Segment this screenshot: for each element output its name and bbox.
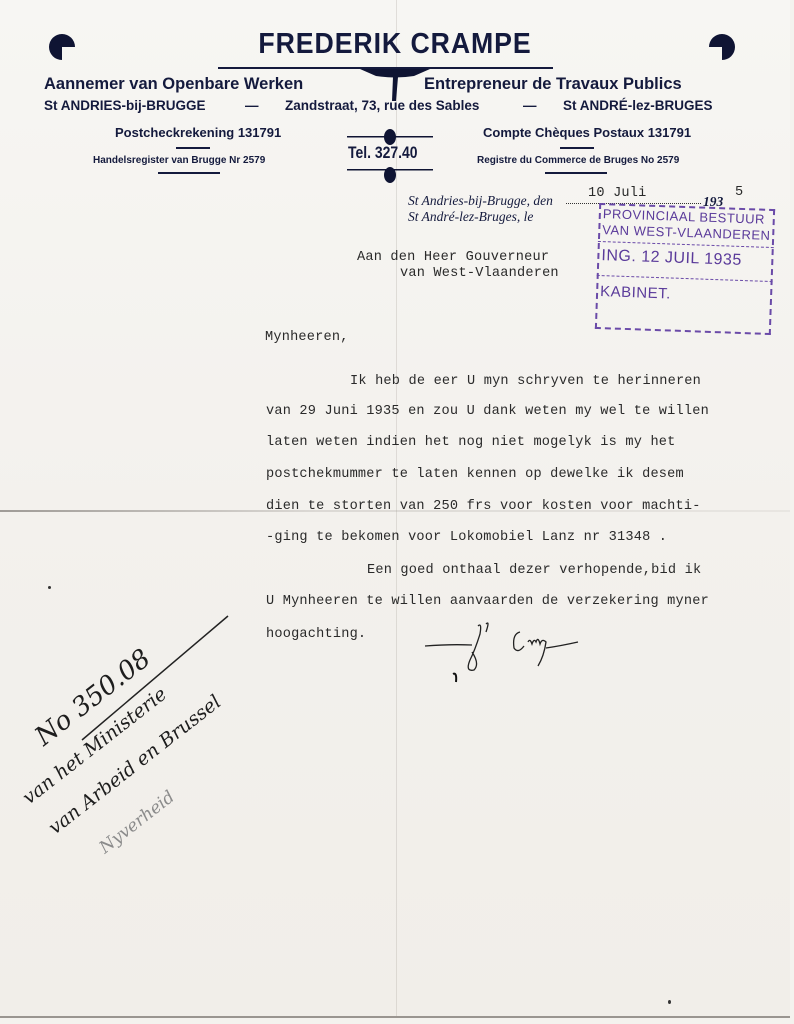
place-dutch: St Andries-bij-Brugge, den [408, 193, 553, 209]
postcheck-account-french: Compte Chèques Postaux 131791 [483, 125, 691, 140]
divider [560, 147, 594, 149]
location-french: St ANDRÉ-lez-BRUGES [563, 98, 713, 113]
divider [545, 172, 607, 174]
letter-paper: FREDERIK CRAMPE Aannemer van Openbare We… [0, 0, 790, 1018]
paper-edge [0, 1016, 790, 1018]
salutation: Mynheeren, [265, 330, 349, 345]
received-stamp: PROVINCIAAL BESTUUR VAN WEST-VLAANDEREN … [595, 203, 775, 335]
body-line: laten weten indien het nog niet mogelyk … [266, 435, 676, 450]
trade-register-french: Registre du Commerce de Bruges No 2579 [477, 155, 679, 166]
recipient-line-2: van West-Vlaanderen [400, 266, 559, 281]
body-line: van 29 Juni 1935 en zou U dank weten my … [266, 404, 709, 419]
body-line: Een goed onthaal dezer verhopende,bid ik [367, 563, 701, 578]
divider [158, 172, 220, 174]
body-line: Ik heb de eer U myn schryven te herinner… [350, 374, 701, 389]
body-line: postchekmummer te laten kennen op dewelk… [266, 467, 684, 482]
telephone-number: Tel. 327.40 [348, 143, 417, 163]
address-separator-left: — [245, 98, 259, 113]
divider [176, 147, 210, 149]
body-line: dien te storten van 250 frs voor kosten … [266, 499, 701, 514]
location-dutch: St ANDRIES-bij-BRUGGE [44, 98, 206, 113]
typed-date: 10 Juli [588, 186, 647, 201]
trade-register-dutch: Handelsregister van Brugge Nr 2579 [93, 155, 265, 166]
body-line: hoogachting. [266, 627, 366, 642]
stamp-department: KABINET. [600, 283, 671, 302]
postcheck-account-dutch: Postcheckrekening 131791 [115, 125, 281, 140]
tagline-dutch: Aannemer van Openbare Werken [44, 75, 303, 94]
company-name: FREDERIK CRAMPE [32, 28, 759, 61]
address-separator-right: — [523, 98, 537, 113]
handwritten-signature-icon [420, 620, 590, 690]
ink-speck [668, 1000, 671, 1004]
annotation-underline [80, 612, 230, 742]
ink-speck [48, 586, 51, 589]
tagline-french: Entrepreneur de Travaux Publics [424, 75, 682, 94]
street-address: Zandstraat, 73, rue des Sables [285, 98, 479, 113]
place-french: St André-lez-Bruges, le [408, 209, 533, 225]
year-digit: 5 [735, 185, 743, 200]
body-line: -ging te bekomen voor Lokomobiel Lanz nr… [266, 530, 667, 545]
recipient-line-1: Aan den Heer Gouverneur [357, 250, 549, 265]
body-line: U Mynheeren te willen aanvaarden de verz… [266, 594, 709, 609]
